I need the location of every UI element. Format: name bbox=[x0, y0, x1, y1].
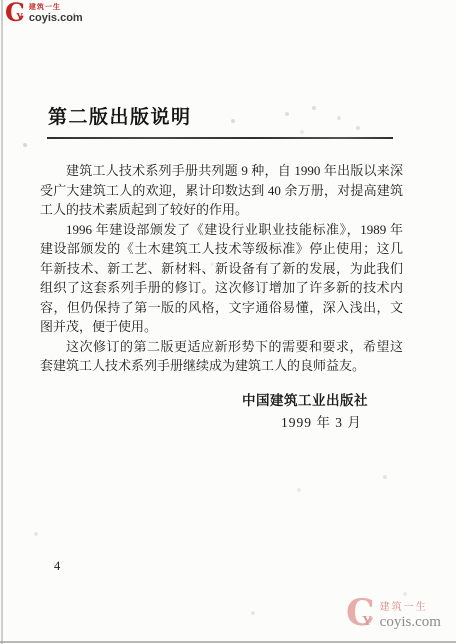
watermark-site-text: coyis.com bbox=[29, 12, 83, 25]
watermark-site-text: coyis.com bbox=[380, 614, 441, 631]
scan-edge-left bbox=[1, 0, 3, 644]
paragraph: 1996 年建设部颁发了《建设行业职业技能标准》，1989 年建设部颁发的《土木… bbox=[40, 220, 403, 337]
scan-edge-bottom bbox=[0, 641, 456, 643]
scanned-book-page: C Y 建筑一生 coyis.com 第二版出版说明 建筑工人技术系列手册共列题… bbox=[0, 0, 456, 644]
paragraph: 这次修订的第二版更适应新形势下的需要和要求，希望这套建筑工人技术系列手册继续成为… bbox=[40, 337, 403, 376]
watermark-bottom-right: C Y 建筑一生 coyis.com bbox=[346, 598, 441, 631]
coyis-logo-icon: C Y bbox=[5, 2, 25, 26]
scan-noise-speckles bbox=[0, 0, 2, 2]
logo-letter-y: Y bbox=[16, 13, 23, 23]
publisher-name: 中国建筑工业出版社 bbox=[242, 389, 368, 409]
coyis-logo-icon: C Y bbox=[346, 598, 375, 630]
watermark-top-left: C Y 建筑一生 coyis.com bbox=[5, 2, 83, 26]
watermark-brand-text: 建筑一生 bbox=[29, 4, 83, 12]
title-underline bbox=[47, 137, 393, 139]
publication-date: 1999 年 3 月 bbox=[281, 411, 362, 431]
page-number: 4 bbox=[54, 559, 60, 574]
watermark-brand-text: 建筑一生 bbox=[380, 602, 441, 614]
section-title: 第二版出版说明 bbox=[48, 102, 192, 129]
logo-letter-y: Y bbox=[362, 615, 372, 629]
body-text: 建筑工人技术系列手册共列题 9 种，自 1990 年出版以来深受广大建筑工人的欢… bbox=[40, 161, 403, 376]
paragraph: 建筑工人技术系列手册共列题 9 种，自 1990 年出版以来深受广大建筑工人的欢… bbox=[40, 161, 403, 220]
